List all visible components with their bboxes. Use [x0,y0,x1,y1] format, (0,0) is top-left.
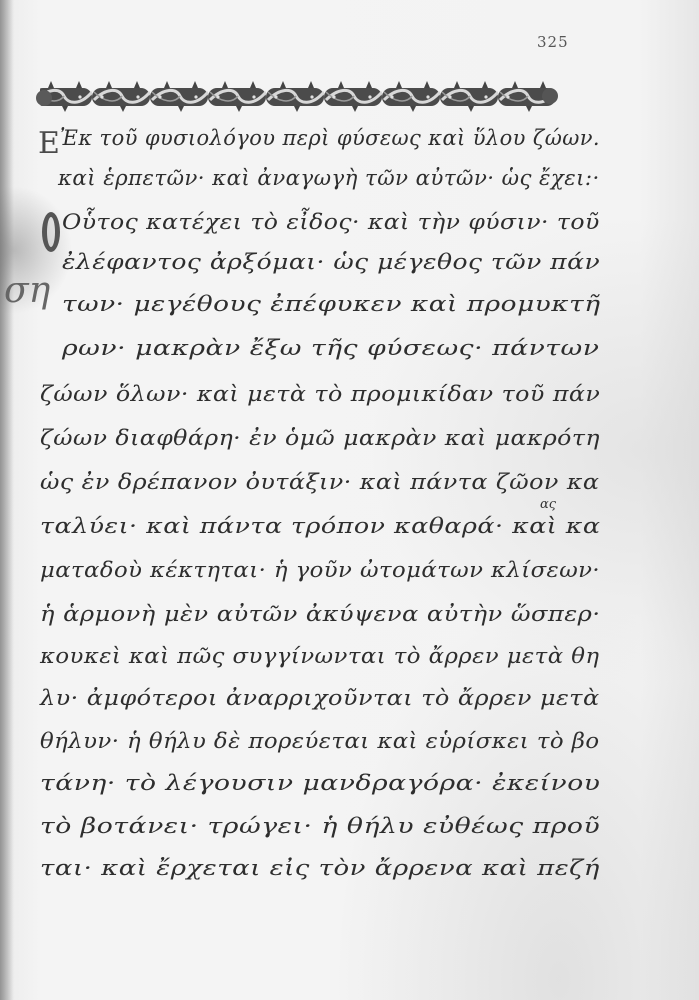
text-line-5: των· μεγέθους ἐπέφυκεν καὶ προμυκτῆ [62,292,601,316]
text-line-7: ζώων ὅλων· καὶ μετὰ τὸ προμικίδαν τοῦ πά… [40,382,600,406]
text-line-15: θήλυν· ἡ θήλυ δὲ πορεύεται καὶ εὑρίσκει … [40,729,599,753]
text-line-11: ματαδοὺ κέκτηται· ἡ γοῦν ὠτομάτων κλίσεω… [40,558,600,582]
interlinear-correction: ας [540,497,556,512]
folio-number: 325 [537,33,569,51]
text-line-9: ὡς ἐν δρέπανον ὀυτάξιν· καὶ πάντα ζῶον κ… [40,470,599,494]
text-line-14: λυ· ἀμφότεροι ἀναρριχοῦνται τὸ ἄρρεν μετ… [40,686,600,710]
manuscript-page: 325 Ε ση Ἐκ τοῦ φυσιολόγου περὶ φύσεως κ… [0,0,699,1000]
text-line-12: ἡ ἁρμονὴ μὲν αὐτῶν ἀκύψενα αὐτὴν ὥσπερ· [40,602,600,626]
text-line-17: τὸ βοτάνει· τρώγει· ἡ θήλυ εὐθέως προῦ [40,814,600,838]
decorated-initial-omicron [42,212,60,252]
text-line-3: Οὗτος κατέχει τὸ εἶδος· καὶ τὴν φύσιν· τ… [62,210,600,234]
text-line-6: ρων· μακρὰν ἔξω τῆς φύσεως· πάντων [62,336,599,360]
text-line-1: Ἐκ τοῦ φυσιολόγου περὶ φύσεως καὶ ὕλου ζ… [60,126,600,150]
text-line-16: τάνη· τὸ λέγουσιν μανδραγόρα· ἐκείνου [40,771,600,795]
text-line-4: ἐλέφαντος ἀρξόμαι· ὡς μέγεθος τῶν πάν [62,250,600,274]
text-line-2: καὶ ἑρπετῶν· καὶ ἀναγωγὴ τῶν αὐτῶν· ὡς ἔ… [58,166,600,190]
braid-headpiece-ornament [34,80,560,112]
binding-gutter-shadow [0,0,14,1000]
text-line-10: ταλύει· καὶ πάντα τρόπον καθαρά· καὶ κα [40,514,600,538]
text-line-13: κουκεὶ καὶ πῶς συγγίνωνται τὸ ἄρρεν μετὰ… [40,644,599,668]
text-line-18: ται· καὶ ἔρχεται εἰς τὸν ἄρρενα καὶ πεζή [40,856,600,880]
decorated-initial-epsilon: Ε [38,126,60,161]
marginal-note-mark: ση [4,270,50,311]
text-line-8: ζώων διαφθάρη· ἐν ὁμῶ μακρὰν καὶ μακρότη [40,426,600,450]
